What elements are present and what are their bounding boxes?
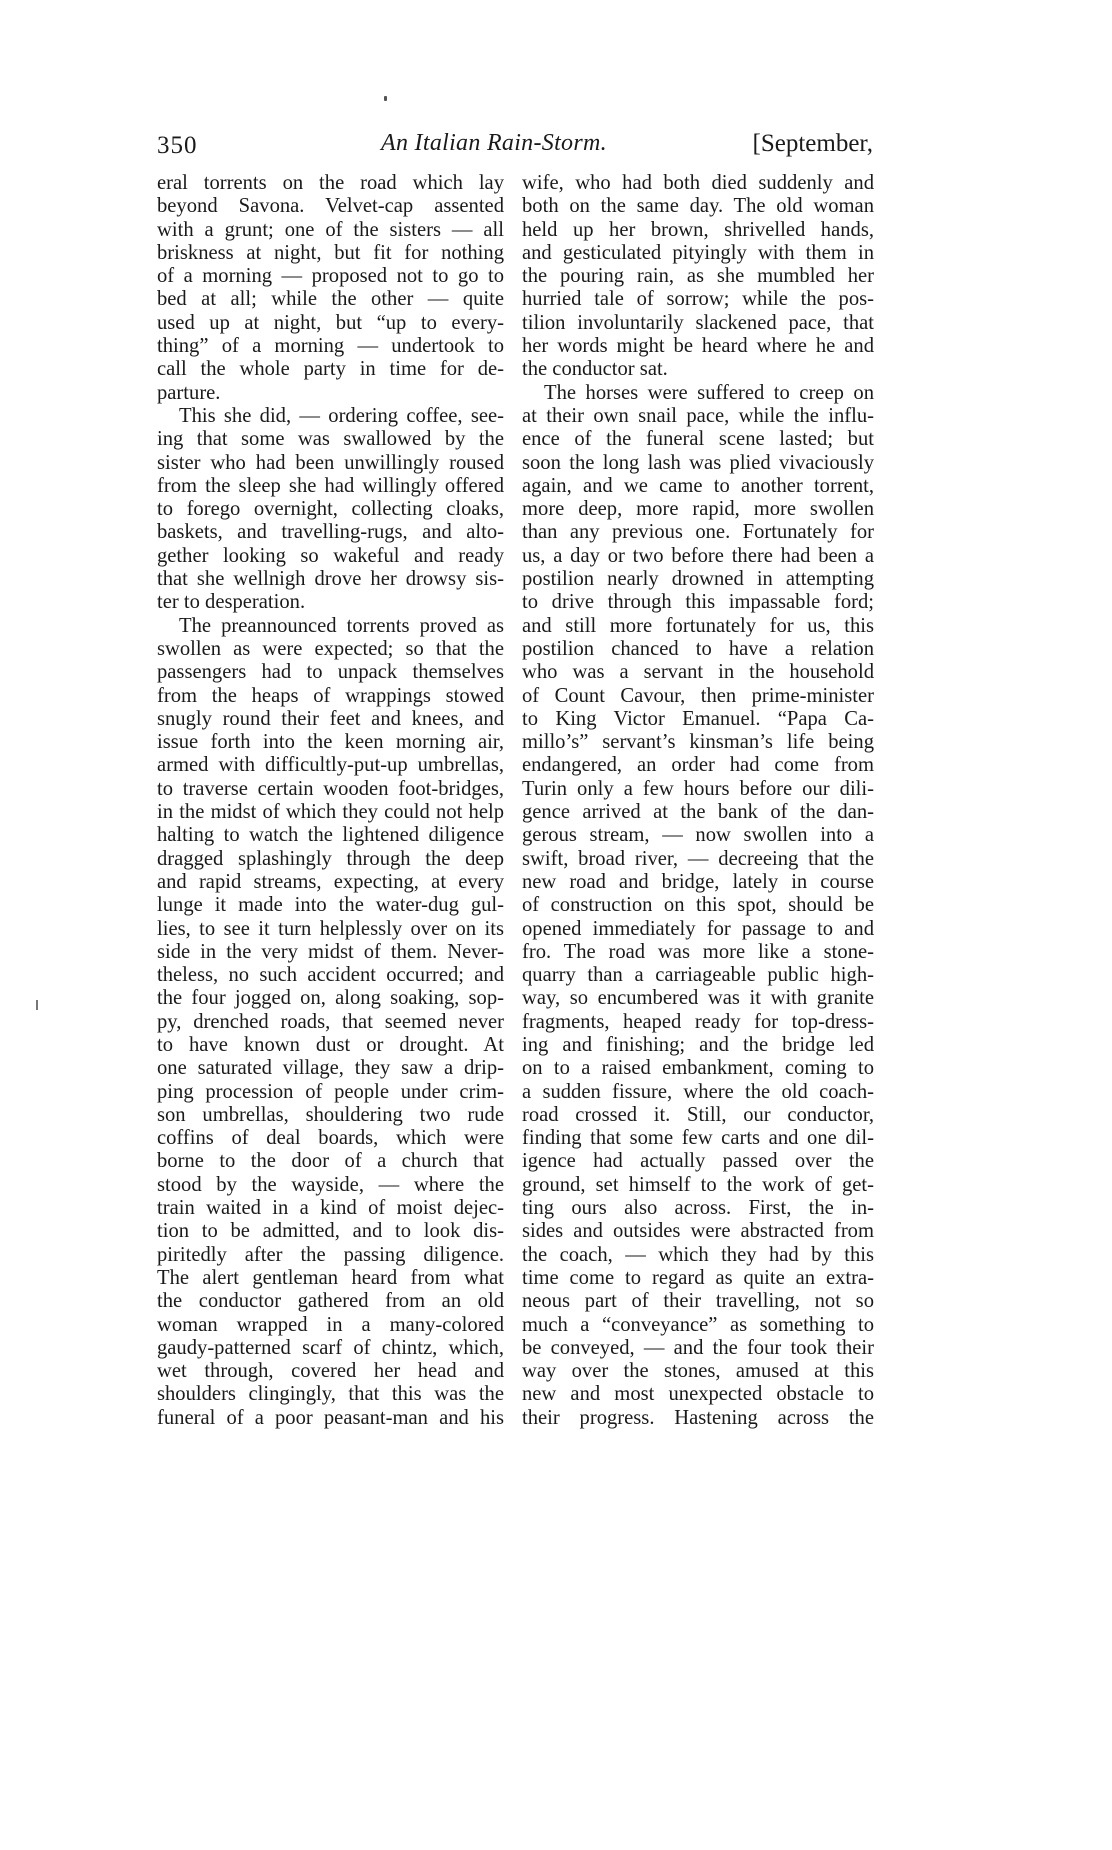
right-text-column: wife, who had both died suddenly andboth… [522,172,874,1430]
text-line: from the heaps of wrappings stowed [157,685,504,708]
text-line: new and most unexpected obstacle to [522,1383,874,1406]
text-line: millo’s” servant’s kinsman’s life being [522,731,874,754]
left-text-column: eral torrents on the road which laybeyon… [157,172,504,1430]
text-line: tilion involuntarily slackened pace, tha… [522,312,874,335]
text-line: used up at night, but “up to every- [157,312,504,335]
text-line: wife, who had both died suddenly and [522,172,874,195]
text-line: The preannounced torrents proved as [157,615,504,638]
text-line: be conveyed, — and the four took their [522,1337,874,1360]
text-line: coffins of deal boards, which were [157,1127,504,1150]
text-line: to forego overnight, collecting cloaks, [157,498,504,521]
text-line: call the whole party in time for de- [157,358,504,381]
text-line: ter to desperation. [157,591,504,614]
text-line: us, a day or two before there had been a [522,545,874,568]
text-line: who was a servant in the household [522,661,874,684]
text-line: shoulders clingingly, that this was the [157,1383,504,1406]
text-line: way, so encumbered was it with granite [522,987,874,1010]
text-line: more deep, more rapid, more swollen [522,498,874,521]
text-line: to King Victor Emanuel. “Papa Ca- [522,708,874,731]
text-line: endangered, an order had come from [522,754,874,777]
text-line: ing that some was swallowed by the [157,428,504,451]
text-line: a sudden fissure, where the old coach- [522,1081,874,1104]
text-line: passengers had to unpack themselves [157,661,504,684]
text-line: halting to watch the lightened diligence [157,824,504,847]
text-line: igence had actually passed over the [522,1150,874,1173]
text-line: lies, to see it turn helplessly over on … [157,918,504,941]
text-line: fro. The road was more like a stone- [522,941,874,964]
text-line: postilion nearly drowned in attempting [522,568,874,591]
text-line: beyond Savona. Velvet-cap assented [157,195,504,218]
text-line: son umbrellas, shouldering two rude [157,1104,504,1127]
text-line: borne to the door of a church that [157,1150,504,1173]
text-line: time come to regard as quite an extra- [522,1267,874,1290]
text-line: funeral of a poor peasant-man and his [157,1407,504,1430]
text-line: her words might be heard where he and [522,335,874,358]
text-line: opened immediately for passage to and [522,918,874,941]
running-header: 350 An Italian Rain-Storm. [September, [157,128,873,168]
text-line: road crossed it. Still, our conductor, [522,1104,874,1127]
text-line: py, drenched roads, that seemed never [157,1011,504,1034]
text-line: new road and bridge, lately in course [522,871,874,894]
text-line: their progress. Hastening across the [522,1407,874,1430]
text-line: finding that some few carts and one dil- [522,1127,874,1150]
text-line: ground, set himself to the work of get- [522,1174,874,1197]
text-line: briskness at night, but fit for nothing [157,242,504,265]
text-line: sister who had been unwillingly roused [157,452,504,475]
text-line: the coach, — which they had by this [522,1244,874,1267]
text-line: gerous stream, — now swollen into a [522,824,874,847]
text-line: This she did, — ordering coffee, see- [157,405,504,428]
text-line: snugly round their feet and knees, and [157,708,504,731]
text-line: gether looking so wakeful and ready [157,545,504,568]
text-line: of a morning — proposed not to go to [157,265,504,288]
text-line: hurried tale of sorrow; while the pos- [522,288,874,311]
text-line: much a “conveyance” as something to [522,1314,874,1337]
running-title: An Italian Rain-Storm. [381,130,607,157]
text-line: both on the same day. The old woman [522,195,874,218]
running-date: [September, [753,130,873,158]
text-line: again, and we came to another torrent, [522,475,874,498]
text-line: way over the stones, amused at this [522,1360,874,1383]
text-line: on to a raised embankment, coming to [522,1057,874,1080]
text-line: to have known dust or drought. At [157,1034,504,1057]
text-line: swift, broad river, — decreeing that the [522,848,874,871]
text-line: issue forth into the keen morning air, [157,731,504,754]
text-line: with a grunt; one of the sisters — all [157,219,504,242]
text-line: neous part of their travelling, not so [522,1290,874,1313]
text-line: held up her brown, shrivelled hands, [522,219,874,242]
margin-mark [36,1000,38,1010]
text-line: of Count Cavour, then prime-minister [522,685,874,708]
text-line: side in the very midst of them. Never- [157,941,504,964]
text-line: parture. [157,382,504,405]
text-line: eral torrents on the road which lay [157,172,504,195]
text-line: and rapid streams, expecting, at every [157,871,504,894]
text-line: the four jogged on, along soaking, sop- [157,987,504,1010]
text-line: fragments, heaped ready for top-dress- [522,1011,874,1034]
text-line: swollen as were expected; so that the [157,638,504,661]
text-line: stood by the wayside, — where the [157,1174,504,1197]
text-line: and gesticulated pityingly with them in [522,242,874,265]
text-line: ping procession of people under crim- [157,1081,504,1104]
text-line: than any previous one. Fortunately for [522,521,874,544]
text-line: from the sleep she had willingly offered [157,475,504,498]
text-line: of construction on this spot, should be [522,894,874,917]
scanned-page: 350 An Italian Rain-Storm. [September, e… [0,0,1112,1850]
text-line: thing” of a morning — undertook to [157,335,504,358]
ink-speck [384,96,387,101]
text-line: that she wellnigh drove her drowsy sis- [157,568,504,591]
text-line: quarry than a carriageable public high- [522,964,874,987]
text-line: one saturated village, they saw a drip- [157,1057,504,1080]
text-line: the pouring rain, as she mumbled her [522,265,874,288]
text-line: Turin only a few hours before our dili- [522,778,874,801]
text-line: ing and finishing; and the bridge led [522,1034,874,1057]
text-line: gaudy-patterned scarf of chintz, which, [157,1337,504,1360]
text-line: ting ours also across. First, the in- [522,1197,874,1220]
text-line: to drive through this impassable ford; [522,591,874,614]
text-line: in the midst of which they could not hel… [157,801,504,824]
text-line: postilion chanced to have a relation [522,638,874,661]
text-line: tion to be admitted, and to look dis- [157,1220,504,1243]
text-line: and still more fortunately for us, this [522,615,874,638]
text-line: soon the long lash was plied vivaciously [522,452,874,475]
text-line: theless, no such accident occurred; and [157,964,504,987]
text-line: the conductor sat. [522,358,874,381]
text-line: baskets, and travelling-rugs, and alto- [157,521,504,544]
text-line: lunge it made into the water-dug gul- [157,894,504,917]
text-line: at their own snail pace, while the influ… [522,405,874,428]
text-line: armed with difficultly-put-up umbrellas, [157,754,504,777]
text-line: wet through, covered her head and [157,1360,504,1383]
text-line: sides and outsides were abstracted from [522,1220,874,1243]
text-line: The alert gentleman heard from what [157,1267,504,1290]
text-line: piritedly after the passing diligence. [157,1244,504,1267]
text-line: dragged splashingly through the deep [157,848,504,871]
text-line: the conductor gathered from an old [157,1290,504,1313]
text-line: to traverse certain wooden foot-bridges, [157,778,504,801]
text-line: train waited in a kind of moist dejec- [157,1197,504,1220]
page-number: 350 [157,132,198,160]
text-line: woman wrapped in a many-colored [157,1314,504,1337]
text-line: The horses were suffered to creep on [522,382,874,405]
text-line: gence arrived at the bank of the dan- [522,801,874,824]
text-line: bed at all; while the other — quite [157,288,504,311]
text-line: ence of the funeral scene lasted; but [522,428,874,451]
